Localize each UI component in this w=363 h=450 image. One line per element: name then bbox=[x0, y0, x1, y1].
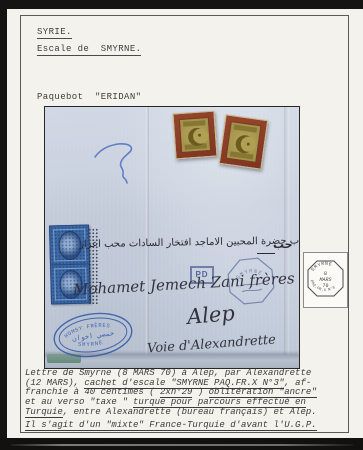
page-subtitle-text: Escale de SMYRNE. bbox=[37, 44, 141, 56]
caption-line: Il s'agit d'un "mixte" France-Turquie d'… bbox=[25, 421, 350, 431]
address-city: Alep bbox=[186, 301, 236, 329]
cachet-octagon: SMYRNE PAQ.FR.X N°3 8 MARS 70 bbox=[305, 253, 346, 305]
paquebot-label: Paquebot "ERIDAN" bbox=[37, 92, 141, 102]
address-route: Voie d'Alexandrette bbox=[147, 333, 277, 357]
backdrop-streak bbox=[10, 444, 353, 446]
caption: Lettre de Smyrne (8 MARS 70) à Alep, par… bbox=[25, 369, 350, 430]
ottoman-stamp-2 bbox=[219, 114, 269, 169]
cachet-year: 70 bbox=[322, 283, 328, 289]
page-subtitle: Escale de SMYRNE. bbox=[37, 44, 141, 54]
stamp-inscription-tablet bbox=[234, 125, 257, 133]
page-title-text: SYRIE. bbox=[37, 27, 72, 39]
svg-text:SMYRNE: SMYRNE bbox=[310, 261, 333, 273]
ottoman-stamp-center bbox=[179, 117, 211, 153]
caption-line: Turquie, entre Alexandrette (bureau fran… bbox=[25, 408, 350, 418]
stamp-inscription-tablet bbox=[183, 120, 205, 127]
ottoman-stamp-1 bbox=[172, 111, 217, 160]
arabic-docket-word: حب bbox=[273, 238, 293, 251]
ottoman-stamp-center bbox=[226, 121, 262, 163]
pen-squiggle bbox=[93, 137, 151, 189]
arabic-manuscript: بطالع جناب حضرة المحبين الاماجد افتخار ا… bbox=[79, 235, 300, 251]
cachet-town: SMYRNE bbox=[310, 261, 333, 273]
cover-photo: بطالع جناب حضرة المحبين الاماجد افتخار ا… bbox=[44, 106, 300, 369]
cover-front: بطالع جناب حضرة المحبين الاماجد افتخار ا… bbox=[45, 107, 299, 368]
album-page: SYRIE. Escale de SMYRNE. Paquebot "ERIDA… bbox=[7, 9, 363, 438]
page-title: SYRIE. bbox=[37, 27, 72, 37]
cachet-reproduction-box: SMYRNE PAQ.FR.X N°3 8 MARS 70 bbox=[303, 252, 348, 308]
